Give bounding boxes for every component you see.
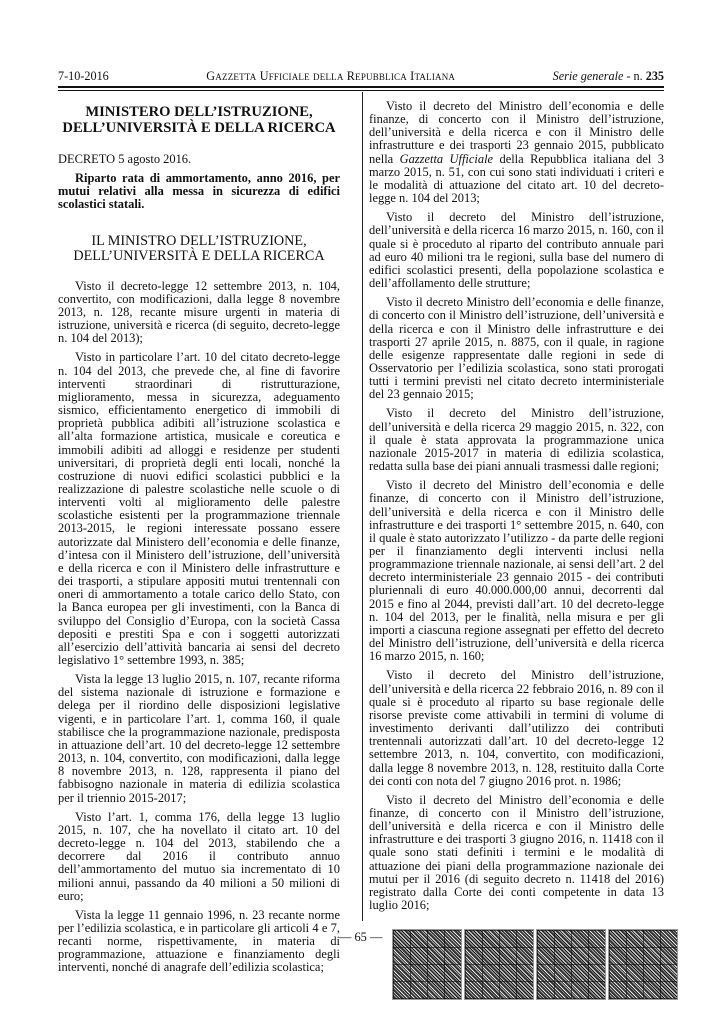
ministry-heading-line2: DELL’UNIVERSITÀ E DELLA RICERCA	[58, 120, 340, 136]
paragraph: Visto il decreto del Ministro dell’econo…	[369, 479, 664, 663]
paragraph: Visto il decreto del Ministro dell’econo…	[369, 100, 664, 205]
series-info: Serie generale - n. 235	[553, 69, 664, 84]
paragraph: Visto il decreto del Ministro dell’econo…	[369, 794, 664, 912]
header-rule-thick	[58, 86, 664, 88]
paragraph: Visto il decreto del Ministro dell’istru…	[369, 211, 664, 290]
paragraph: Visto il decreto Ministro dell’economia …	[369, 296, 664, 401]
issue-date: 7-10-2016	[58, 69, 109, 84]
right-column: Visto il decreto del Ministro dell’econo…	[369, 100, 664, 918]
series-label: Serie generale	[553, 69, 624, 83]
paragraph: Visto il decreto del Ministro dell’istru…	[369, 669, 664, 787]
decree-title: DECRETO 5 agosto 2016.	[58, 153, 340, 166]
decree-subject: Riparto rata di ammortamento, anno 2016,…	[58, 172, 340, 211]
series-number: 235	[646, 69, 664, 83]
ministry-heading: MINISTERO DELL’ISTRUZIONE, DELL’UNIVERSI…	[58, 104, 340, 136]
minister-heading-line2: DELL’UNIVERSITÀ E DELLA RICERCA	[58, 249, 340, 265]
column-divider	[362, 92, 363, 921]
paragraph: Visto l’art. 1, comma 176, della legge 1…	[58, 811, 340, 903]
paragraph: Vista la legge 11 gennaio 1996, n. 23 re…	[58, 909, 340, 975]
datamatrix-code-icon	[464, 929, 534, 1000]
ministry-heading-line1: MINISTERO DELL’ISTRUZIONE,	[58, 104, 340, 120]
datamatrix-code-icon	[392, 929, 462, 1000]
series-separator: - n.	[623, 69, 645, 83]
left-column: MINISTERO DELL’ISTRUZIONE, DELL’UNIVERSI…	[58, 100, 340, 981]
paragraph: Vista la legge 13 luglio 2015, n. 107, r…	[58, 673, 340, 805]
datamatrix-code-icon	[608, 929, 678, 1000]
minister-heading-line1: IL MINISTRO DELL’ISTRUZIONE,	[58, 234, 340, 250]
minister-heading: IL MINISTRO DELL’ISTRUZIONE, DELL’UNIVER…	[58, 234, 340, 265]
gazette-name-italic: Gazzetta Ufficiale	[400, 152, 493, 166]
header-rule-thin	[58, 90, 664, 91]
page-header: 7-10-2016 Gazzetta Ufficiale della Repub…	[58, 69, 664, 83]
publication-title: Gazzetta Ufficiale della Repubblica Ital…	[206, 69, 455, 84]
datamatrix-code-icon	[536, 929, 606, 1000]
paragraph: Visto il decreto del Ministro dell’istru…	[369, 407, 664, 473]
paragraph: Visto in particolare l’art. 10 del citat…	[58, 351, 340, 667]
datamatrix-codes	[392, 929, 678, 1000]
paragraph: Visto il decreto-legge 12 settembre 2013…	[58, 280, 340, 346]
page-number: — 65 —	[339, 930, 382, 945]
